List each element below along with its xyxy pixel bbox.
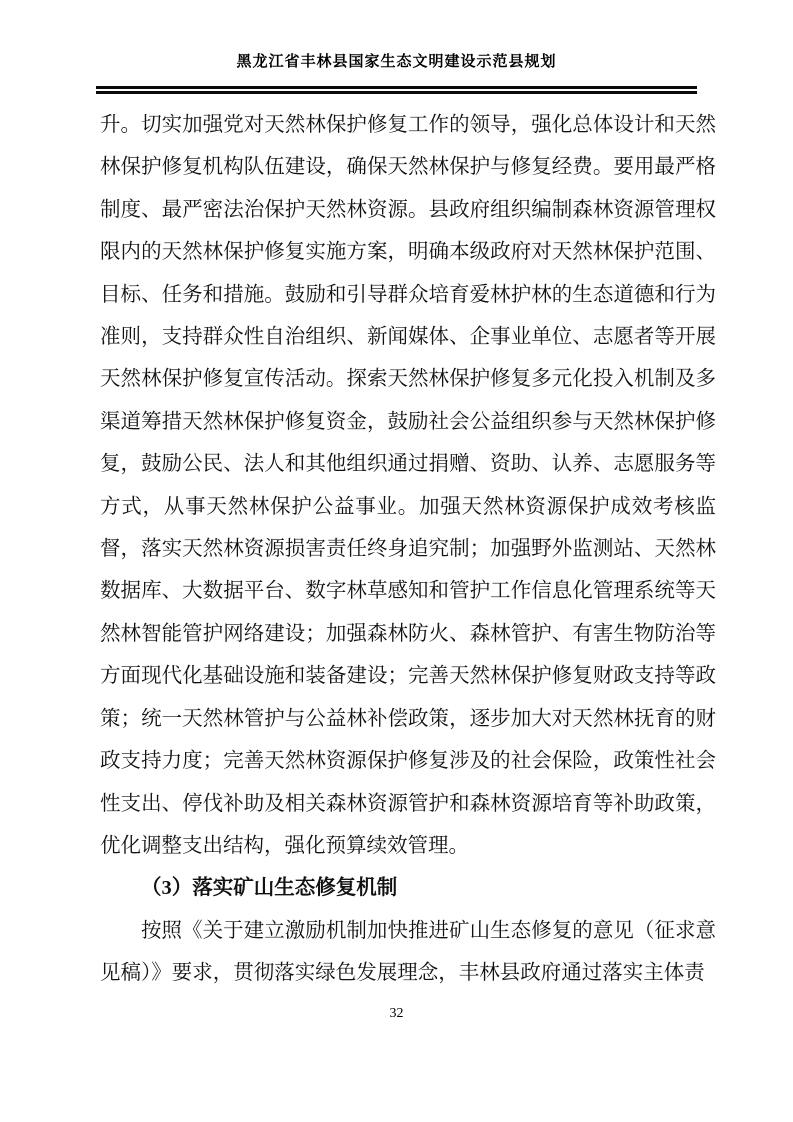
header-double-rule xyxy=(96,86,697,94)
document-page: 黑龙江省丰林县国家生态文明建设示范县规划 升。切实加强党对天然林保护修复工作的领… xyxy=(0,0,793,1122)
page-footer: 32 xyxy=(0,1006,793,1022)
section-heading-mine-ecological-restoration: （3）落实矿山生态修复机制 xyxy=(100,867,716,909)
paragraph-mine-ecological-restoration: 按照《关于建立激励机制加快推进矿山生态修复的意见（征求意见稿）》要求，贯彻落实绿… xyxy=(100,910,716,995)
page-header-title: 黑龙江省丰林县国家生态文明建设示范县规划 xyxy=(0,50,793,71)
paragraph-natural-forest-protection: 升。切实加强党对天然林保护修复工作的领导，强化总体设计和天然林保护修复机构队伍建… xyxy=(100,104,716,867)
document-body: 升。切实加强党对天然林保护修复工作的领导，强化总体设计和天然林保护修复机构队伍建… xyxy=(100,104,716,995)
page-number: 32 xyxy=(390,1006,404,1021)
